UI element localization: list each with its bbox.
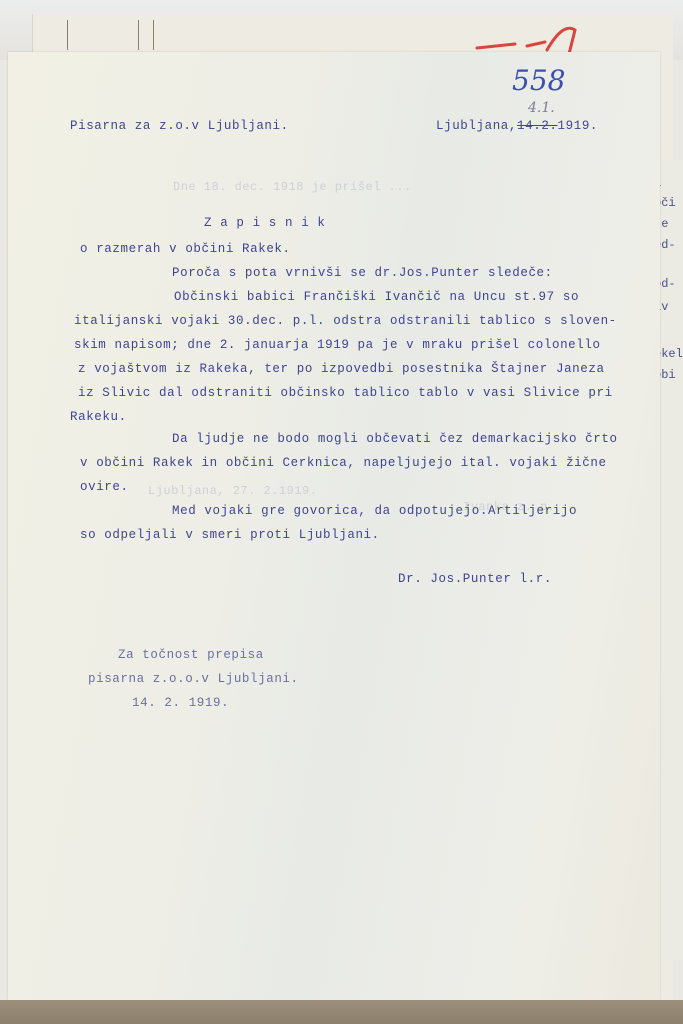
body-line: Poroča s pota vrnivši se dr.Jos.Punter s… [172, 266, 553, 280]
body-line: v občini Rakek in občini Cerknica, napel… [80, 456, 607, 470]
year: 1919. [558, 119, 599, 133]
body-line: skim napisom; dne 2. januarja 1919 pa je… [74, 338, 601, 352]
place: Ljubljana, [436, 119, 517, 133]
bleed-through-text: Dne 18. dec. 1918 je prišel ... [173, 180, 412, 194]
body-line: z vojaštvom iz Rakeka, ter po izpovedbi … [78, 362, 605, 376]
certification-date: 14. 2. 1919. [132, 696, 229, 710]
certification-line: Za točnost prepisa [118, 648, 264, 662]
struck-date: 14.2. [517, 119, 558, 133]
bleed-through-text: Ljubljana, 27. 2.1919. [148, 484, 317, 498]
header-place-date: Ljubljana,14.2.1919. [436, 119, 598, 133]
body-line: Da ljudje ne bodo mogli občevati čez dem… [172, 432, 618, 446]
document-title: Z a p i s n i k [204, 216, 326, 230]
fold-mark [138, 20, 139, 50]
body-line: ovire. [80, 480, 129, 494]
document-page: Dne 18. dec. 1918 je prišel ... Ljubljan… [8, 52, 660, 1000]
fold-mark [67, 20, 68, 50]
desk-surface [0, 1000, 683, 1024]
header-office: Pisarna za z.o.v Ljubljani. [70, 119, 289, 133]
body-line: iz Slivic dal odstraniti občinsko tablic… [78, 386, 613, 400]
document-subtitle: o razmerah v občini Rakek. [80, 242, 291, 256]
archive-number: 558 [512, 64, 565, 97]
body-line: Občinski babici Frančiški Ivančič na Unc… [174, 290, 579, 304]
fold-mark [153, 20, 154, 50]
date-annotation: 4.1. [528, 100, 555, 116]
body-line: Rakeku. [70, 410, 127, 424]
signature: Dr. Jos.Punter l.r. [398, 572, 552, 586]
body-line: Med vojaki gre govorica, da odpotujejo.A… [172, 504, 577, 518]
body-line: italijanski vojaki 30.dec. p.l. odstra o… [74, 314, 617, 328]
body-line: so odpeljali v smeri proti Ljubljani. [80, 528, 380, 542]
certification-line: pisarna z.o.o.v Ljubljani. [88, 672, 299, 686]
